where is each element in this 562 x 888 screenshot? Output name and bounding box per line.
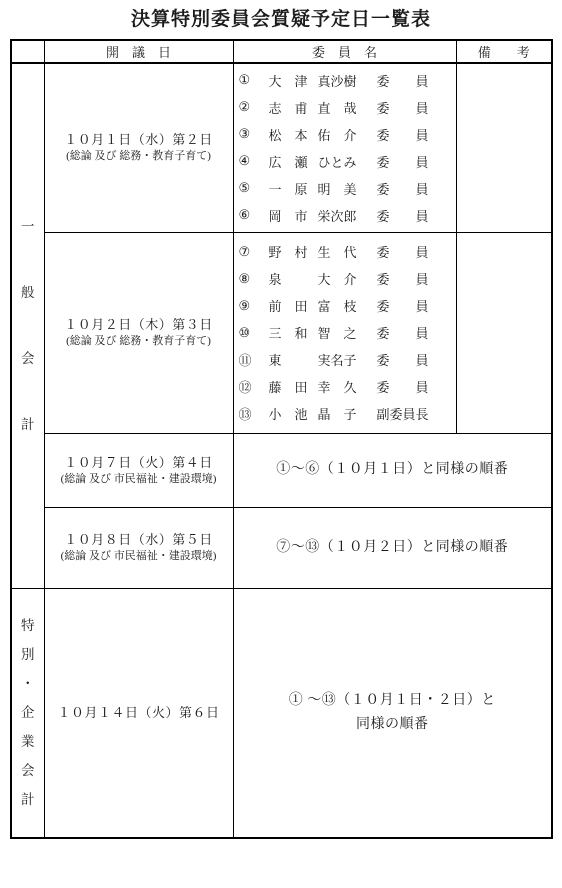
remarks-cell-session3 bbox=[456, 232, 552, 433]
member-family-name: 岡 市 bbox=[269, 206, 308, 225]
member-role: 委 員 bbox=[377, 377, 435, 396]
member-family-name: 一 原 bbox=[269, 179, 308, 198]
member-role: 委 員 bbox=[377, 98, 435, 117]
category-special-cell: 特別・企業会計 bbox=[11, 588, 44, 838]
member-number: ⑥ bbox=[239, 207, 259, 223]
row-session3: １０月２日（木）第３日 (総論 及び 総務・教育子育て) ⑦ 野 村 生 代 委… bbox=[11, 232, 552, 433]
member-number: ⑧ bbox=[239, 271, 259, 287]
member-family-name: 前 田 bbox=[269, 296, 308, 315]
document-page: 決算特別委員会質疑予定日一覧表 開 議 日 委 員 名 備 考 一般会計 １０月… bbox=[0, 0, 562, 888]
session5-topics: (総論 及び 市民福祉・建設環境) bbox=[45, 549, 233, 564]
member-given-name: 晶 子 bbox=[318, 404, 367, 423]
members-cell-oct2: ⑦ 野 村 生 代 委 員 ⑧ 泉 大 介 委 員 bbox=[233, 232, 456, 433]
member-role: 委 員 bbox=[377, 152, 435, 171]
note-text-line2: 同様の順番 bbox=[234, 713, 552, 737]
date-cell-session5: １０月８日（水）第５日 (総論 及び 市民福祉・建設環境) bbox=[44, 507, 233, 588]
same-order-note-session4: ①～⑥（１０月１日）と同様の順番 bbox=[233, 433, 552, 507]
member-role: 委 員 bbox=[377, 269, 435, 288]
category-general-cell: 一般会計 bbox=[11, 63, 44, 588]
member-list-oct2: ⑦ 野 村 生 代 委 員 ⑧ 泉 大 介 委 員 bbox=[234, 238, 456, 427]
member-given-name: 生 代 bbox=[318, 242, 367, 261]
member-number: ④ bbox=[239, 153, 259, 169]
member-role: 委 員 bbox=[377, 323, 435, 342]
member-role: 委 員 bbox=[377, 296, 435, 315]
page-title: 決算特別委員会質疑予定日一覧表 bbox=[0, 7, 562, 33]
session4-topics: (総論 及び 市民福祉・建設環境) bbox=[45, 472, 233, 487]
member-given-name: 直 哉 bbox=[318, 98, 367, 117]
member-family-name: 大 津 bbox=[269, 71, 308, 90]
note-text-line1: ① ～⑬（１０月１日・２日）と bbox=[234, 689, 552, 713]
row-session2: 一般会計 １０月１日（水）第２日 (総論 及び 総務・教育子育て) ① 大 津 … bbox=[11, 63, 552, 232]
same-order-note-session5: ⑦～⑬（１０月２日）と同様の順番 bbox=[233, 507, 552, 588]
member-row: ③ 松 本 佑 介 委 員 bbox=[239, 121, 456, 148]
date-cell-session3: １０月２日（木）第３日 (総論 及び 総務・教育子育て) bbox=[44, 232, 233, 433]
member-number: ⑤ bbox=[239, 180, 259, 196]
session3-date: １０月２日（木）第３日 bbox=[45, 316, 233, 333]
member-family-name: 志 甫 bbox=[269, 98, 308, 117]
member-list-oct1: ① 大 津 真沙樹 委 員 ② 志 甫 直 哉 委 員 bbox=[234, 67, 456, 229]
session6-date: １０月１４日（火）第６日 bbox=[45, 704, 233, 721]
member-given-name: 栄次郎 bbox=[318, 206, 367, 225]
member-role: 委 員 bbox=[377, 242, 435, 261]
date-cell-session4: １０月７日（火）第４日 (総論 及び 市民福祉・建設環境) bbox=[44, 433, 233, 507]
session3-topics: (総論 及び 総務・教育子育て) bbox=[45, 334, 233, 349]
member-given-name: 智 之 bbox=[318, 323, 367, 342]
member-number: ⑨ bbox=[239, 298, 259, 314]
session2-date: １０月１日（水）第２日 bbox=[45, 131, 233, 148]
member-row: ⑥ 岡 市 栄次郎 委 員 bbox=[239, 202, 456, 229]
row-session4: １０月７日（火）第４日 (総論 及び 市民福祉・建設環境) ①～⑥（１０月１日）… bbox=[11, 433, 552, 507]
member-row: ⑤ 一 原 明 美 委 員 bbox=[239, 175, 456, 202]
member-family-name: 松 本 bbox=[269, 125, 308, 144]
date-cell-session2: １０月１日（水）第２日 (総論 及び 総務・教育子育て) bbox=[44, 63, 233, 232]
member-given-name: 真沙樹 bbox=[318, 71, 367, 90]
member-family-name: 野 村 bbox=[269, 242, 308, 261]
session5-date: １０月８日（水）第５日 bbox=[45, 531, 233, 548]
member-row: ⑦ 野 村 生 代 委 員 bbox=[239, 238, 456, 265]
session4-date: １０月７日（火）第４日 bbox=[45, 454, 233, 471]
member-row: ② 志 甫 直 哉 委 員 bbox=[239, 94, 456, 121]
same-order-note-session6: ① ～⑬（１０月１日・２日）と 同様の順番 bbox=[233, 588, 552, 838]
member-family-name: 藤 田 bbox=[269, 377, 308, 396]
category-general-label: 一般会計 bbox=[12, 67, 44, 585]
member-given-name: 佑 介 bbox=[318, 125, 367, 144]
member-number: ① bbox=[239, 72, 259, 88]
member-row: ⑬ 小 池 晶 子 副委員長 bbox=[239, 400, 456, 427]
member-role: 委 員 bbox=[377, 179, 435, 198]
member-number: ⑬ bbox=[239, 404, 259, 423]
member-number: ③ bbox=[239, 126, 259, 142]
header-open-date: 開 議 日 bbox=[44, 40, 233, 63]
session2-topics: (総論 及び 総務・教育子育て) bbox=[45, 149, 233, 164]
member-given-name: 大 介 bbox=[318, 269, 367, 288]
header-row: 開 議 日 委 員 名 備 考 bbox=[11, 40, 552, 63]
member-given-name: ひとみ bbox=[318, 152, 367, 171]
note-text: ①～⑥（１０月１日）と同様の順番 bbox=[234, 458, 552, 482]
row-session6: 特別・企業会計 １０月１４日（火）第６日 ① ～⑬（１０月１日・２日）と 同様の… bbox=[11, 588, 552, 838]
member-row: ⑧ 泉 大 介 委 員 bbox=[239, 265, 456, 292]
member-family-name: 小 池 bbox=[269, 404, 308, 423]
member-row: ⑫ 藤 田 幸 久 委 員 bbox=[239, 373, 456, 400]
header-member-name: 委 員 名 bbox=[233, 40, 456, 63]
member-role: 委 員 bbox=[377, 350, 435, 369]
member-role: 委 員 bbox=[377, 71, 435, 90]
member-number: ⑪ bbox=[239, 350, 259, 369]
row-session5: １０月８日（水）第５日 (総論 及び 市民福祉・建設環境) ⑦～⑬（１０月２日）… bbox=[11, 507, 552, 588]
remarks-cell-session2 bbox=[456, 63, 552, 232]
member-row: ⑨ 前 田 富 枝 委 員 bbox=[239, 292, 456, 319]
member-number: ⑫ bbox=[239, 377, 259, 396]
member-given-name: 幸 久 bbox=[318, 377, 367, 396]
member-role: 副委員長 bbox=[377, 404, 435, 423]
member-row: ⑩ 三 和 智 之 委 員 bbox=[239, 319, 456, 346]
member-row: ④ 広 瀬 ひとみ 委 員 bbox=[239, 148, 456, 175]
member-given-name: 実名子 bbox=[318, 350, 367, 369]
date-cell-session6: １０月１４日（火）第６日 bbox=[44, 588, 233, 838]
member-role: 委 員 bbox=[377, 206, 435, 225]
member-number: ⑩ bbox=[239, 325, 259, 341]
members-cell-oct1: ① 大 津 真沙樹 委 員 ② 志 甫 直 哉 委 員 bbox=[233, 63, 456, 232]
member-role: 委 員 bbox=[377, 125, 435, 144]
member-family-name: 広 瀬 bbox=[269, 152, 308, 171]
header-corner-cell bbox=[11, 40, 44, 63]
member-row: ⑪ 東 実名子 委 員 bbox=[239, 346, 456, 373]
header-remarks: 備 考 bbox=[456, 40, 552, 63]
schedule-table: 開 議 日 委 員 名 備 考 一般会計 １０月１日（水）第２日 (総論 及び … bbox=[10, 39, 553, 839]
member-number: ⑦ bbox=[239, 244, 259, 260]
member-number: ② bbox=[239, 99, 259, 115]
member-row: ① 大 津 真沙樹 委 員 bbox=[239, 67, 456, 94]
note-text: ⑦～⑬（１０月２日）と同様の順番 bbox=[234, 536, 552, 560]
member-given-name: 明 美 bbox=[318, 179, 367, 198]
member-family-name: 三 和 bbox=[269, 323, 308, 342]
member-given-name: 富 枝 bbox=[318, 296, 367, 315]
category-special-label: 特別・企業会計 bbox=[12, 591, 44, 835]
member-family-name: 東 bbox=[269, 350, 308, 369]
member-family-name: 泉 bbox=[269, 269, 308, 288]
